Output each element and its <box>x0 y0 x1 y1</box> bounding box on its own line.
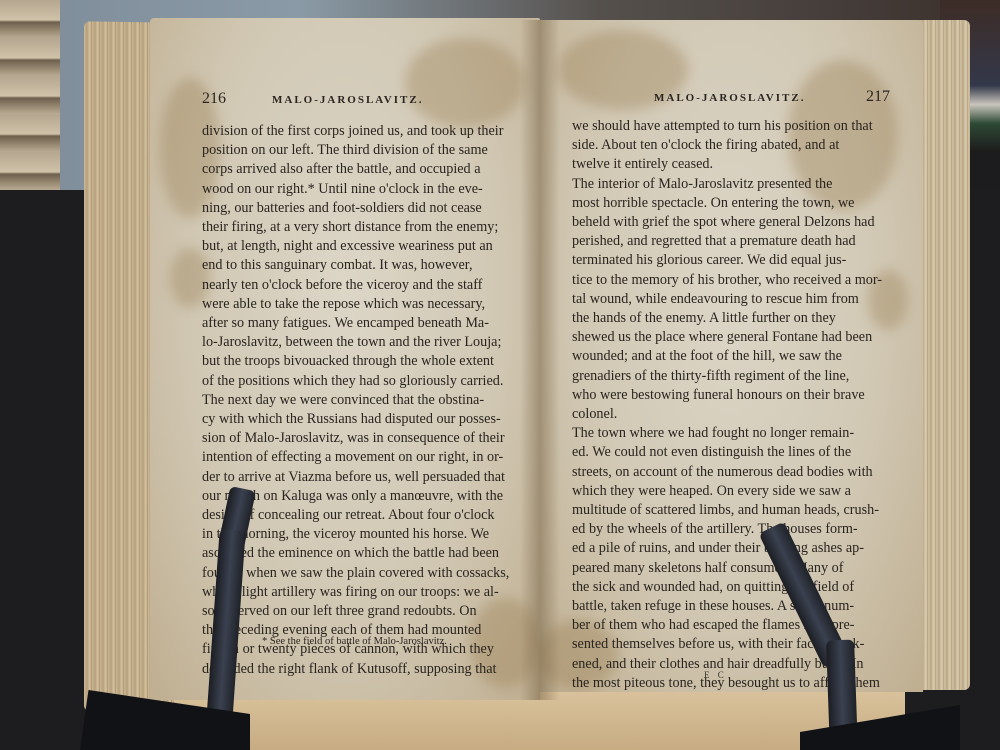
text-line: battle, taken refuge in these houses. A … <box>572 597 890 616</box>
running-head: 216 MALO-JAROSLAVITZ. <box>202 90 512 108</box>
text-line: colonel. <box>572 405 890 424</box>
text-line: which they were heaped. On every side we… <box>572 482 890 501</box>
text-line: whose light artillery was firing on our … <box>202 583 508 602</box>
text-line: ascended the eminence on which the battl… <box>202 544 508 563</box>
footnote: * See the field of battle of Malo-Jarosl… <box>262 636 447 647</box>
text-line: ber of them who had escaped the flames n… <box>572 616 890 635</box>
text-line: twelve it entirely ceased. <box>572 155 890 174</box>
text-line: so observed on our left three grand redo… <box>202 602 508 621</box>
text-line: lo-Jaroslavitz, between the town and the… <box>202 333 508 352</box>
text-line: cy with which the Russians had disputed … <box>202 410 508 429</box>
text-line: side. About ten o'clock the firing abate… <box>572 136 890 155</box>
book-page-edges-right <box>920 20 970 690</box>
text-line: the sick and wounded had, on quitting th… <box>572 578 890 597</box>
page-number: 216 <box>202 90 226 108</box>
text-line: ed. We could not even distinguish the li… <box>572 443 890 462</box>
text-line: but the troops bivouacked through the wh… <box>202 352 508 371</box>
text-line: der to arrive at Viazma before us, well … <box>202 468 508 487</box>
text-line: wounded; and at the foot of the hill, we… <box>572 347 890 366</box>
text-line: beheld with grief the spot where general… <box>572 213 890 232</box>
text-line: the hands of the enemy. A little further… <box>572 309 890 328</box>
text-line: The interior of Malo-Jaroslavitz present… <box>572 175 890 194</box>
text-line: after so many fatigues. We encamped bene… <box>202 314 508 333</box>
text-line: position on our left. The third division… <box>202 141 508 160</box>
left-page: 216 MALO-JAROSLAVITZ. division of the fi… <box>150 18 540 700</box>
foxing-stain <box>405 38 525 128</box>
text-line: most horrible spectacle. On entering the… <box>572 194 890 213</box>
text-line: corps arrived also after the battle, and… <box>202 160 508 179</box>
text-line: ning, our batteries and foot-soldiers di… <box>202 199 508 218</box>
text-line: but, at length, night and excessive wear… <box>202 237 508 256</box>
text-line: peared many skeletons half consumed. Man… <box>572 559 890 578</box>
text-line: perished, and regretted that a premature… <box>572 232 890 251</box>
text-line: fought, when we saw the plain covered wi… <box>202 564 508 583</box>
text-line: we should have attempted to turn his pos… <box>572 117 890 136</box>
text-line: multitude of scattered limbs, and human … <box>572 501 890 520</box>
text-line: The next day we were convinced that the … <box>202 391 508 410</box>
text-line: nearly ten o'clock before the viceroy an… <box>202 276 508 295</box>
text-line: division of the first corps joined us, a… <box>202 122 508 141</box>
page-number: 217 <box>866 88 890 106</box>
text-line: sion of Malo-Jaroslavitz, was in consequ… <box>202 429 508 448</box>
text-line: streets, on account of the numerous dead… <box>572 463 890 482</box>
text-line: grenadiers of the thirty-fifth regiment … <box>572 367 890 386</box>
left-page-text: division of the first corps joined us, a… <box>202 122 508 679</box>
text-line: tice to the memory of his brother, who r… <box>572 271 890 290</box>
stacked-books-background <box>0 0 60 195</box>
text-line: tal wound, while endeavouring to rescue … <box>572 290 890 309</box>
text-line: their firing, at a very short distance f… <box>202 218 508 237</box>
printer-signature-mark: E C <box>704 670 727 680</box>
text-line: terminated his glorious career. We did e… <box>572 251 890 270</box>
running-head: MALO-JAROSLAVITZ. 217 <box>654 88 890 106</box>
right-page: MALO-JAROSLAVITZ. 217 we should have att… <box>538 20 923 692</box>
text-line: defended the right flank of Kutusoff, su… <box>202 660 508 679</box>
book-gutter <box>520 20 560 700</box>
text-line: The town where we had fought no longer r… <box>572 424 890 443</box>
text-line: intention of effecting a movement on our… <box>202 448 508 467</box>
text-line: who were bestowing funeral honours on th… <box>572 386 890 405</box>
text-line: shewed us the place where general Fontan… <box>572 328 890 347</box>
running-head-title: MALO-JAROSLAVITZ. <box>272 94 423 106</box>
text-line: were able to take the repose which was n… <box>202 295 508 314</box>
right-page-text: we should have attempted to turn his pos… <box>572 117 890 692</box>
text-line: wood on our right.* Until nine o'clock i… <box>202 180 508 199</box>
text-line: of the positions which they had so glori… <box>202 372 508 391</box>
text-line: ed by the wheels of the artillery. The h… <box>572 520 890 539</box>
text-line: end to this sanguinary combat. It was, h… <box>202 256 508 275</box>
text-line: ed a pile of ruins, and under their burn… <box>572 539 890 558</box>
running-head-title: MALO-JAROSLAVITZ. <box>654 92 805 104</box>
